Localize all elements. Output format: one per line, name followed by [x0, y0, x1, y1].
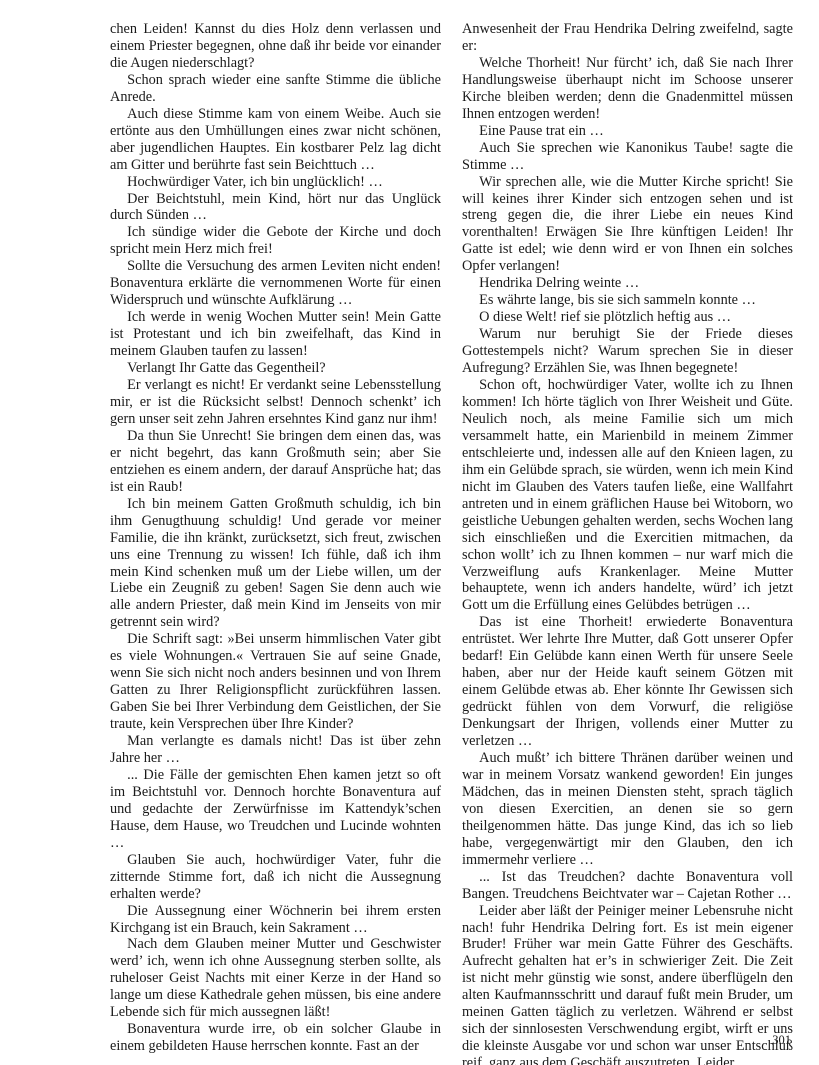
book-page: chen Leiden! Kannst du dies Holz denn ve…	[0, 0, 819, 1065]
paragraph: chen Leiden! Kannst du dies Holz denn ve…	[110, 21, 441, 72]
paragraph: Eine Pause trat ein …	[462, 123, 793, 140]
paragraph: Anwesenheit der Frau Hendrika Delring zw…	[462, 21, 793, 55]
paragraph: Wir sprechen alle, wie die Mutter Kirche…	[462, 174, 793, 276]
paragraph: Ich werde in wenig Wochen Mutter sein! M…	[110, 309, 441, 360]
paragraph: Nach dem Glauben meiner Mutter und Gesch…	[110, 936, 441, 1021]
paragraph: Sollte die Versuchung des armen Leviten …	[110, 258, 441, 309]
paragraph: Welche Thorheit! Nur fürcht’ ich, daß Si…	[462, 55, 793, 123]
left-column: chen Leiden! Kannst du dies Holz denn ve…	[110, 21, 441, 1055]
page-number: 301	[772, 1033, 791, 1048]
paragraph: Hochwürdiger Vater, ich bin unglücklich!…	[110, 174, 441, 191]
paragraph: Warum nur beruhigt Sie der Friede dieses…	[462, 326, 793, 377]
paragraph: Ich bin meinem Gatten Großmuth schuldig,…	[110, 496, 441, 632]
paragraph: O diese Welt! rief sie plötzlich heftig …	[462, 309, 793, 326]
paragraph: Es währte lange, bis sie sich sammeln ko…	[462, 292, 793, 309]
paragraph: Der Beichtstuhl, mein Kind, hört nur das…	[110, 191, 441, 225]
paragraph: Die Schrift sagt: »Bei unserm himmlische…	[110, 631, 441, 733]
paragraph: Glauben Sie auch, hochwürdiger Vater, fu…	[110, 852, 441, 903]
paragraph: Man verlangte es damals nicht! Das ist ü…	[110, 733, 441, 767]
paragraph: Schon sprach wieder eine sanfte Stimme d…	[110, 72, 441, 106]
paragraph: Auch mußt’ ich bittere Thränen darüber w…	[462, 750, 793, 869]
paragraph: ... Ist das Treudchen? dachte Bonaventur…	[462, 869, 793, 903]
paragraph: Verlangt Ihr Gatte das Gegentheil?	[110, 360, 441, 377]
paragraph: Das ist eine Thorheit! erwiederte Bonave…	[462, 614, 793, 750]
paragraph: Ich sündige wider die Gebote der Kirche …	[110, 224, 441, 258]
paragraph: Da thun Sie Unrecht! Sie bringen dem ein…	[110, 428, 441, 496]
paragraph: Hendrika Delring weinte …	[462, 275, 793, 292]
right-column: Anwesenheit der Frau Hendrika Delring zw…	[462, 21, 793, 1065]
paragraph: Schon oft, hochwürdiger Vater, wollte ic…	[462, 377, 793, 614]
paragraph: Bonaventura wurde irre, ob ein solcher G…	[110, 1021, 441, 1055]
paragraph: Leider aber läßt der Peiniger meiner Leb…	[462, 903, 793, 1065]
paragraph: Auch Sie sprechen wie Kanonikus Taube! s…	[462, 140, 793, 174]
paragraph: ... Die Fälle der gemischten Ehen kamen …	[110, 767, 441, 852]
paragraph: Auch diese Stimme kam von einem Weibe. A…	[110, 106, 441, 174]
paragraph: Die Aussegnung einer Wöchnerin bei ihrem…	[110, 903, 441, 937]
paragraph: Er verlangt es nicht! Er verdankt seine …	[110, 377, 441, 428]
